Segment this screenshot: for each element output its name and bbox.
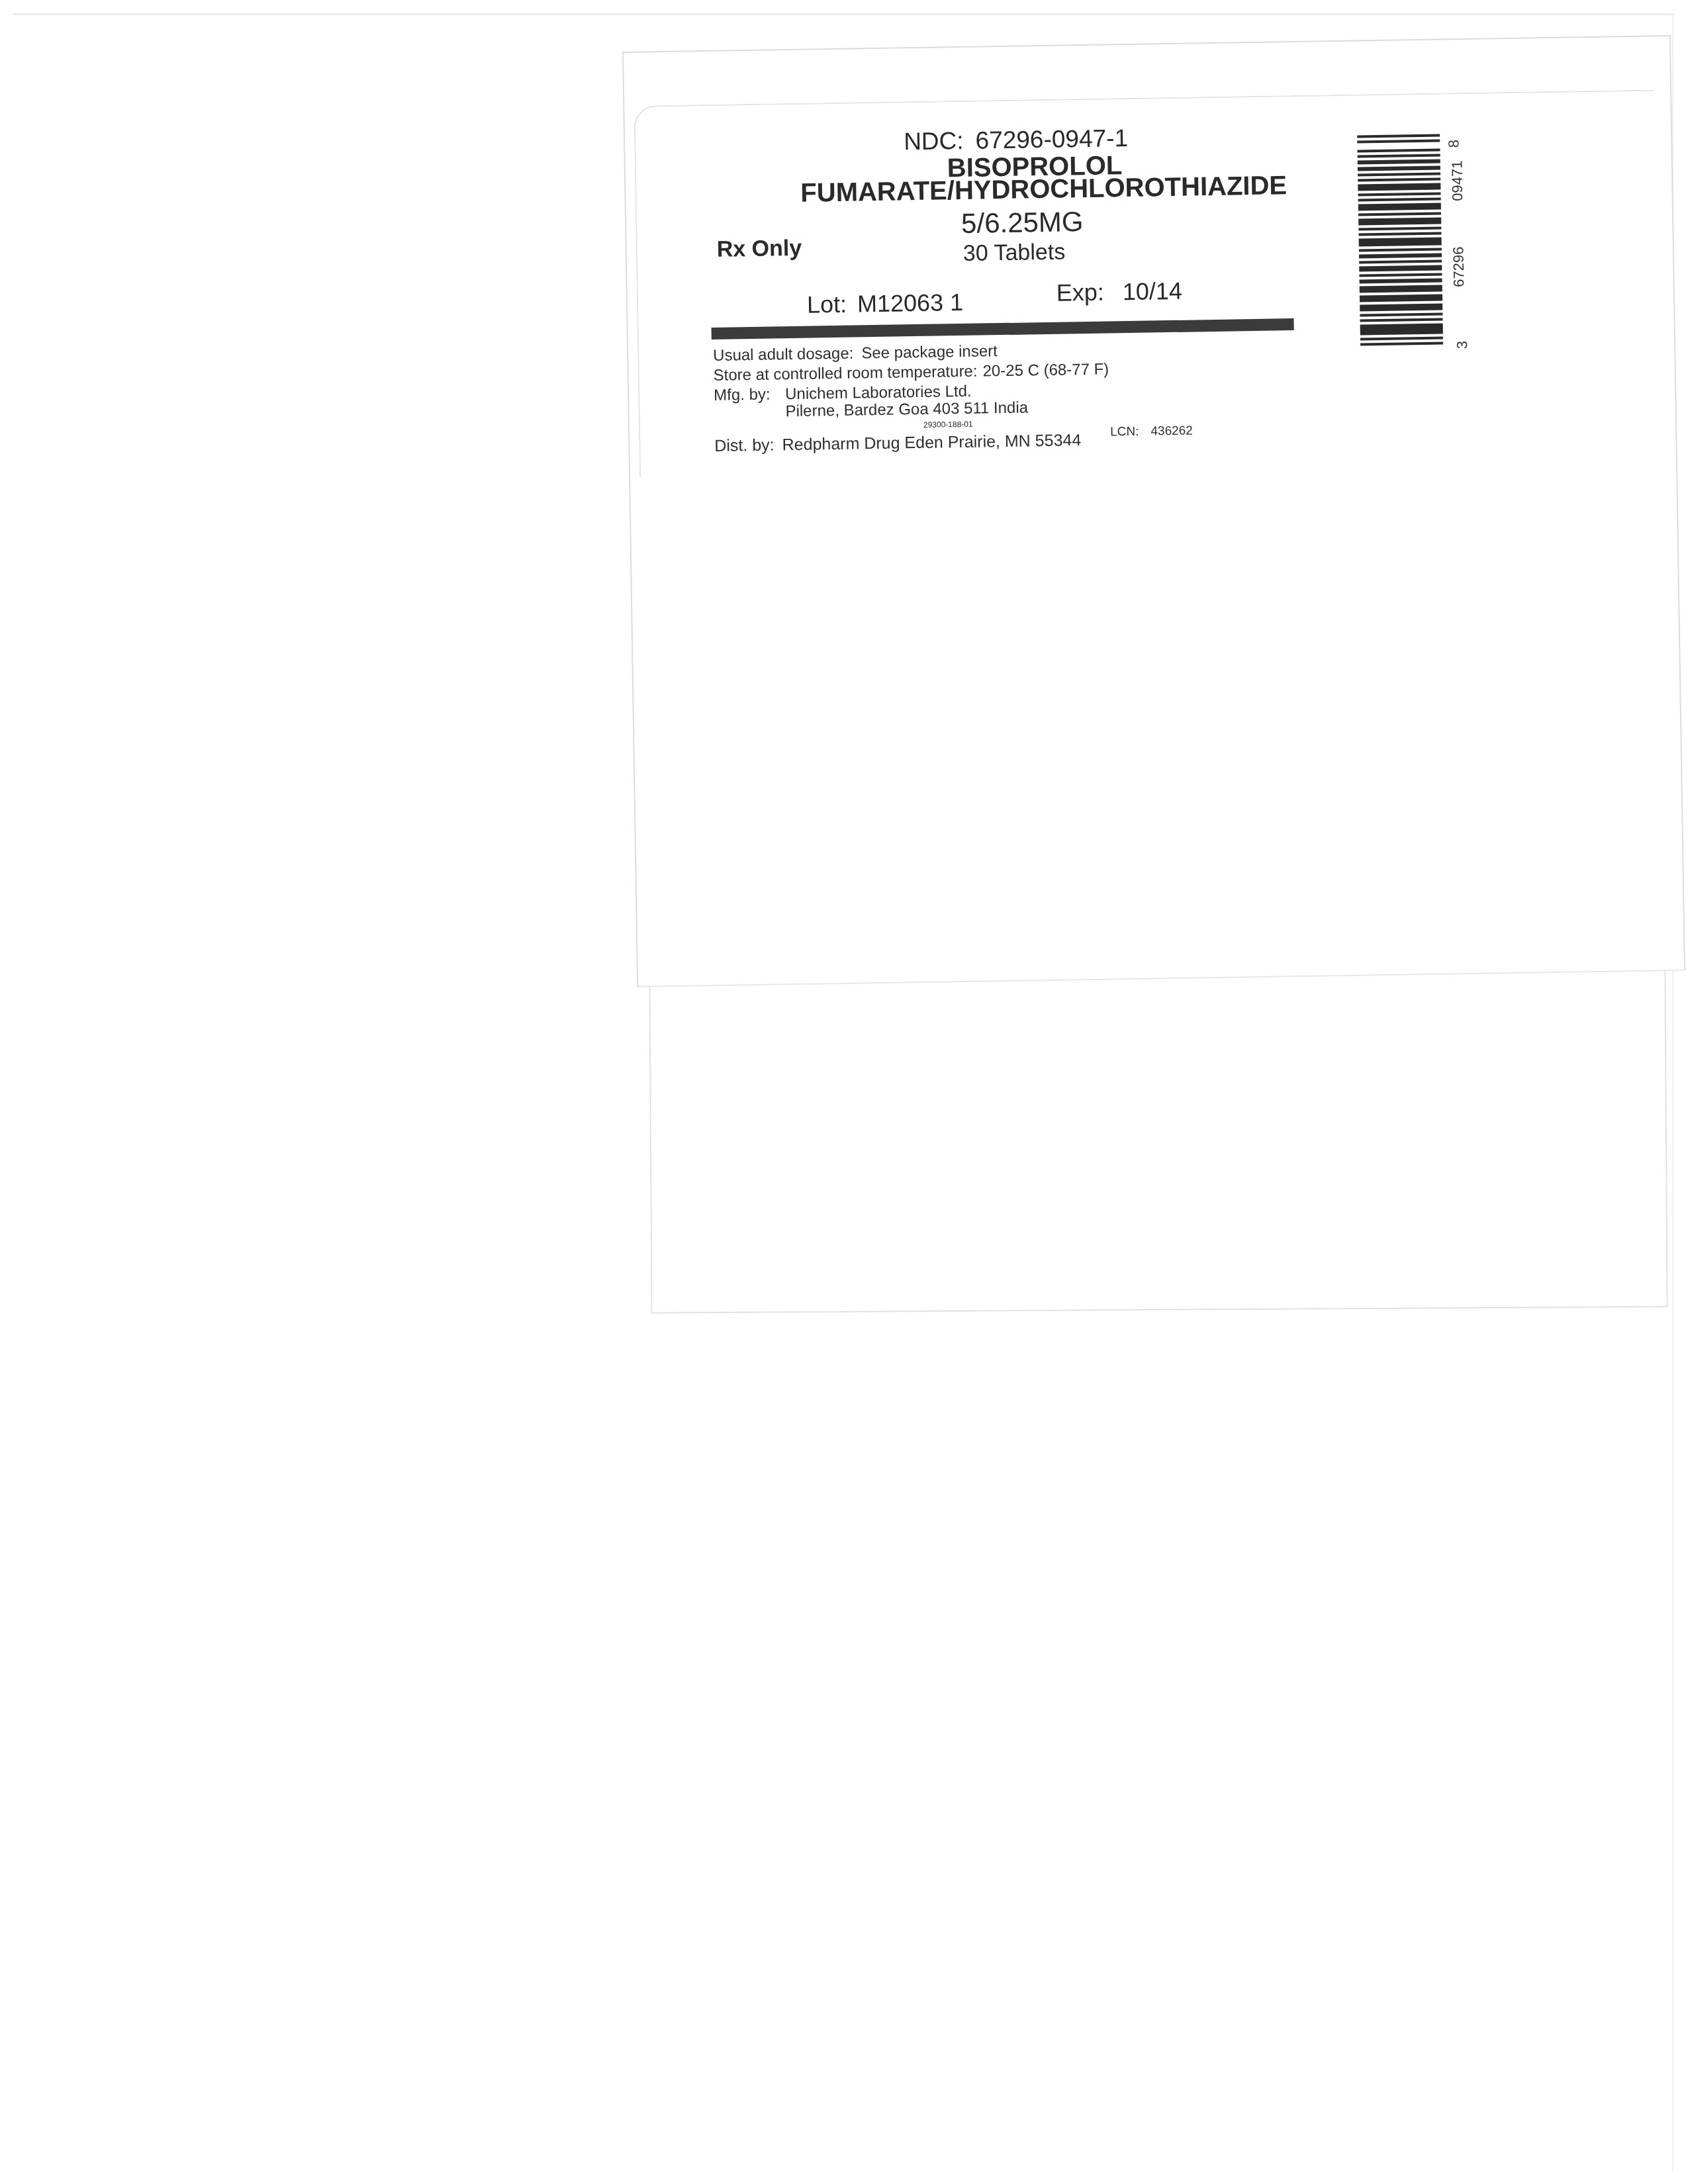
barcode-digit-last: 8 [1445, 140, 1462, 148]
barcode-bar [1358, 183, 1440, 191]
barcode-bar [1360, 313, 1442, 317]
storage-label: Store at controlled room temperature: [713, 363, 977, 385]
barcode-bar [1359, 238, 1442, 247]
exp-label: Exp: [1056, 279, 1104, 306]
label-sheet: NDC:67296-0947-1 BISOPROLOL FUMARATE/HYD… [622, 35, 1685, 987]
item-code: 29300-188-01 [923, 420, 973, 430]
barcode-bar [1357, 149, 1440, 153]
ndc-label: NDC: [904, 127, 964, 155]
dist-label: Dist. by: [714, 435, 774, 455]
lot-value: M12063 1 [857, 289, 964, 318]
barcode-bar [1360, 295, 1442, 302]
barcode-bar [1359, 248, 1442, 252]
mfg-label: Mfg. by: [714, 386, 771, 404]
mfg-address: Pilerne, Bardez Goa 403 511 India [785, 398, 1028, 421]
lcn-value: 436262 [1150, 424, 1193, 439]
barcode-bar [1360, 337, 1443, 341]
exp-value: 10/14 [1123, 277, 1183, 305]
barcode-bar [1360, 279, 1442, 284]
barcode-bar [1359, 253, 1442, 259]
dosage-value: See package insert [861, 342, 998, 362]
exp-line: Exp:10/14 [1056, 277, 1182, 307]
prescription-label: NDC:67296-0947-1 BISOPROLOL FUMARATE/HYD… [633, 90, 1660, 478]
dosage-label: Usual adult dosage: [713, 345, 854, 365]
dosage-line: Usual adult dosage:See package insert [713, 342, 998, 365]
barcode-bar [1359, 273, 1442, 277]
barcode-bar [1360, 304, 1442, 312]
barcode-bar [1358, 198, 1441, 202]
storage-value: 20-25 C (68-77 F) [982, 361, 1109, 381]
barcode-bar [1357, 140, 1440, 144]
barcode-bar [1358, 203, 1441, 211]
barcode-bar [1358, 173, 1440, 177]
barcode-bar [1358, 218, 1441, 226]
barcode-bar [1358, 193, 1441, 197]
distributor-line: Dist. by:Redpharm Drug Eden Prairie, MN … [714, 431, 1081, 456]
divider-bar [712, 318, 1294, 340]
drug-strength: 5/6.25MG [961, 206, 1084, 240]
barcode-digit-first: 3 [1454, 341, 1471, 349]
scan-top-edge [13, 13, 1675, 15]
tablet-count: 30 Tablets [963, 240, 1066, 267]
barcode-bar [1357, 134, 1440, 138]
dist-value: Redpharm Drug Eden Prairie, MN 55344 [782, 431, 1081, 454]
barcode-bar [1358, 232, 1441, 236]
barcode-bar [1358, 227, 1441, 231]
upc-barcode [1357, 134, 1446, 328]
barcode-bar [1358, 159, 1440, 165]
barcode-bar [1360, 285, 1442, 293]
ndc-value: 67296-0947-1 [975, 124, 1128, 154]
rx-only: Rx Only [716, 236, 802, 263]
barcode-bar [1358, 154, 1440, 158]
drug-name-line2: FUMARATE/HYDROCHLOROTHIAZIDE [800, 171, 1287, 208]
manufacturer-line: Mfg. by:Unichem Laboratories Ltd. [714, 386, 771, 405]
barcode-bar [1358, 166, 1440, 171]
barcode-group2: 09471 [1448, 160, 1466, 201]
barcode-bar [1360, 342, 1443, 346]
barcode-bar [1360, 324, 1443, 336]
barcode-bar [1357, 145, 1440, 148]
barcode-bar [1358, 212, 1441, 216]
lcn-label: LCN: [1110, 425, 1139, 439]
barcode-bar [1359, 260, 1442, 264]
barcode-group1: 67296 [1450, 246, 1468, 287]
lot-line: Lot:M12063 1 [807, 289, 964, 319]
lcn-line: LCN:436262 [1110, 424, 1193, 440]
barcode-bar [1358, 178, 1440, 182]
lot-label: Lot: [807, 291, 847, 318]
barcode-bar [1360, 318, 1442, 322]
barcode-bar [1359, 265, 1442, 272]
